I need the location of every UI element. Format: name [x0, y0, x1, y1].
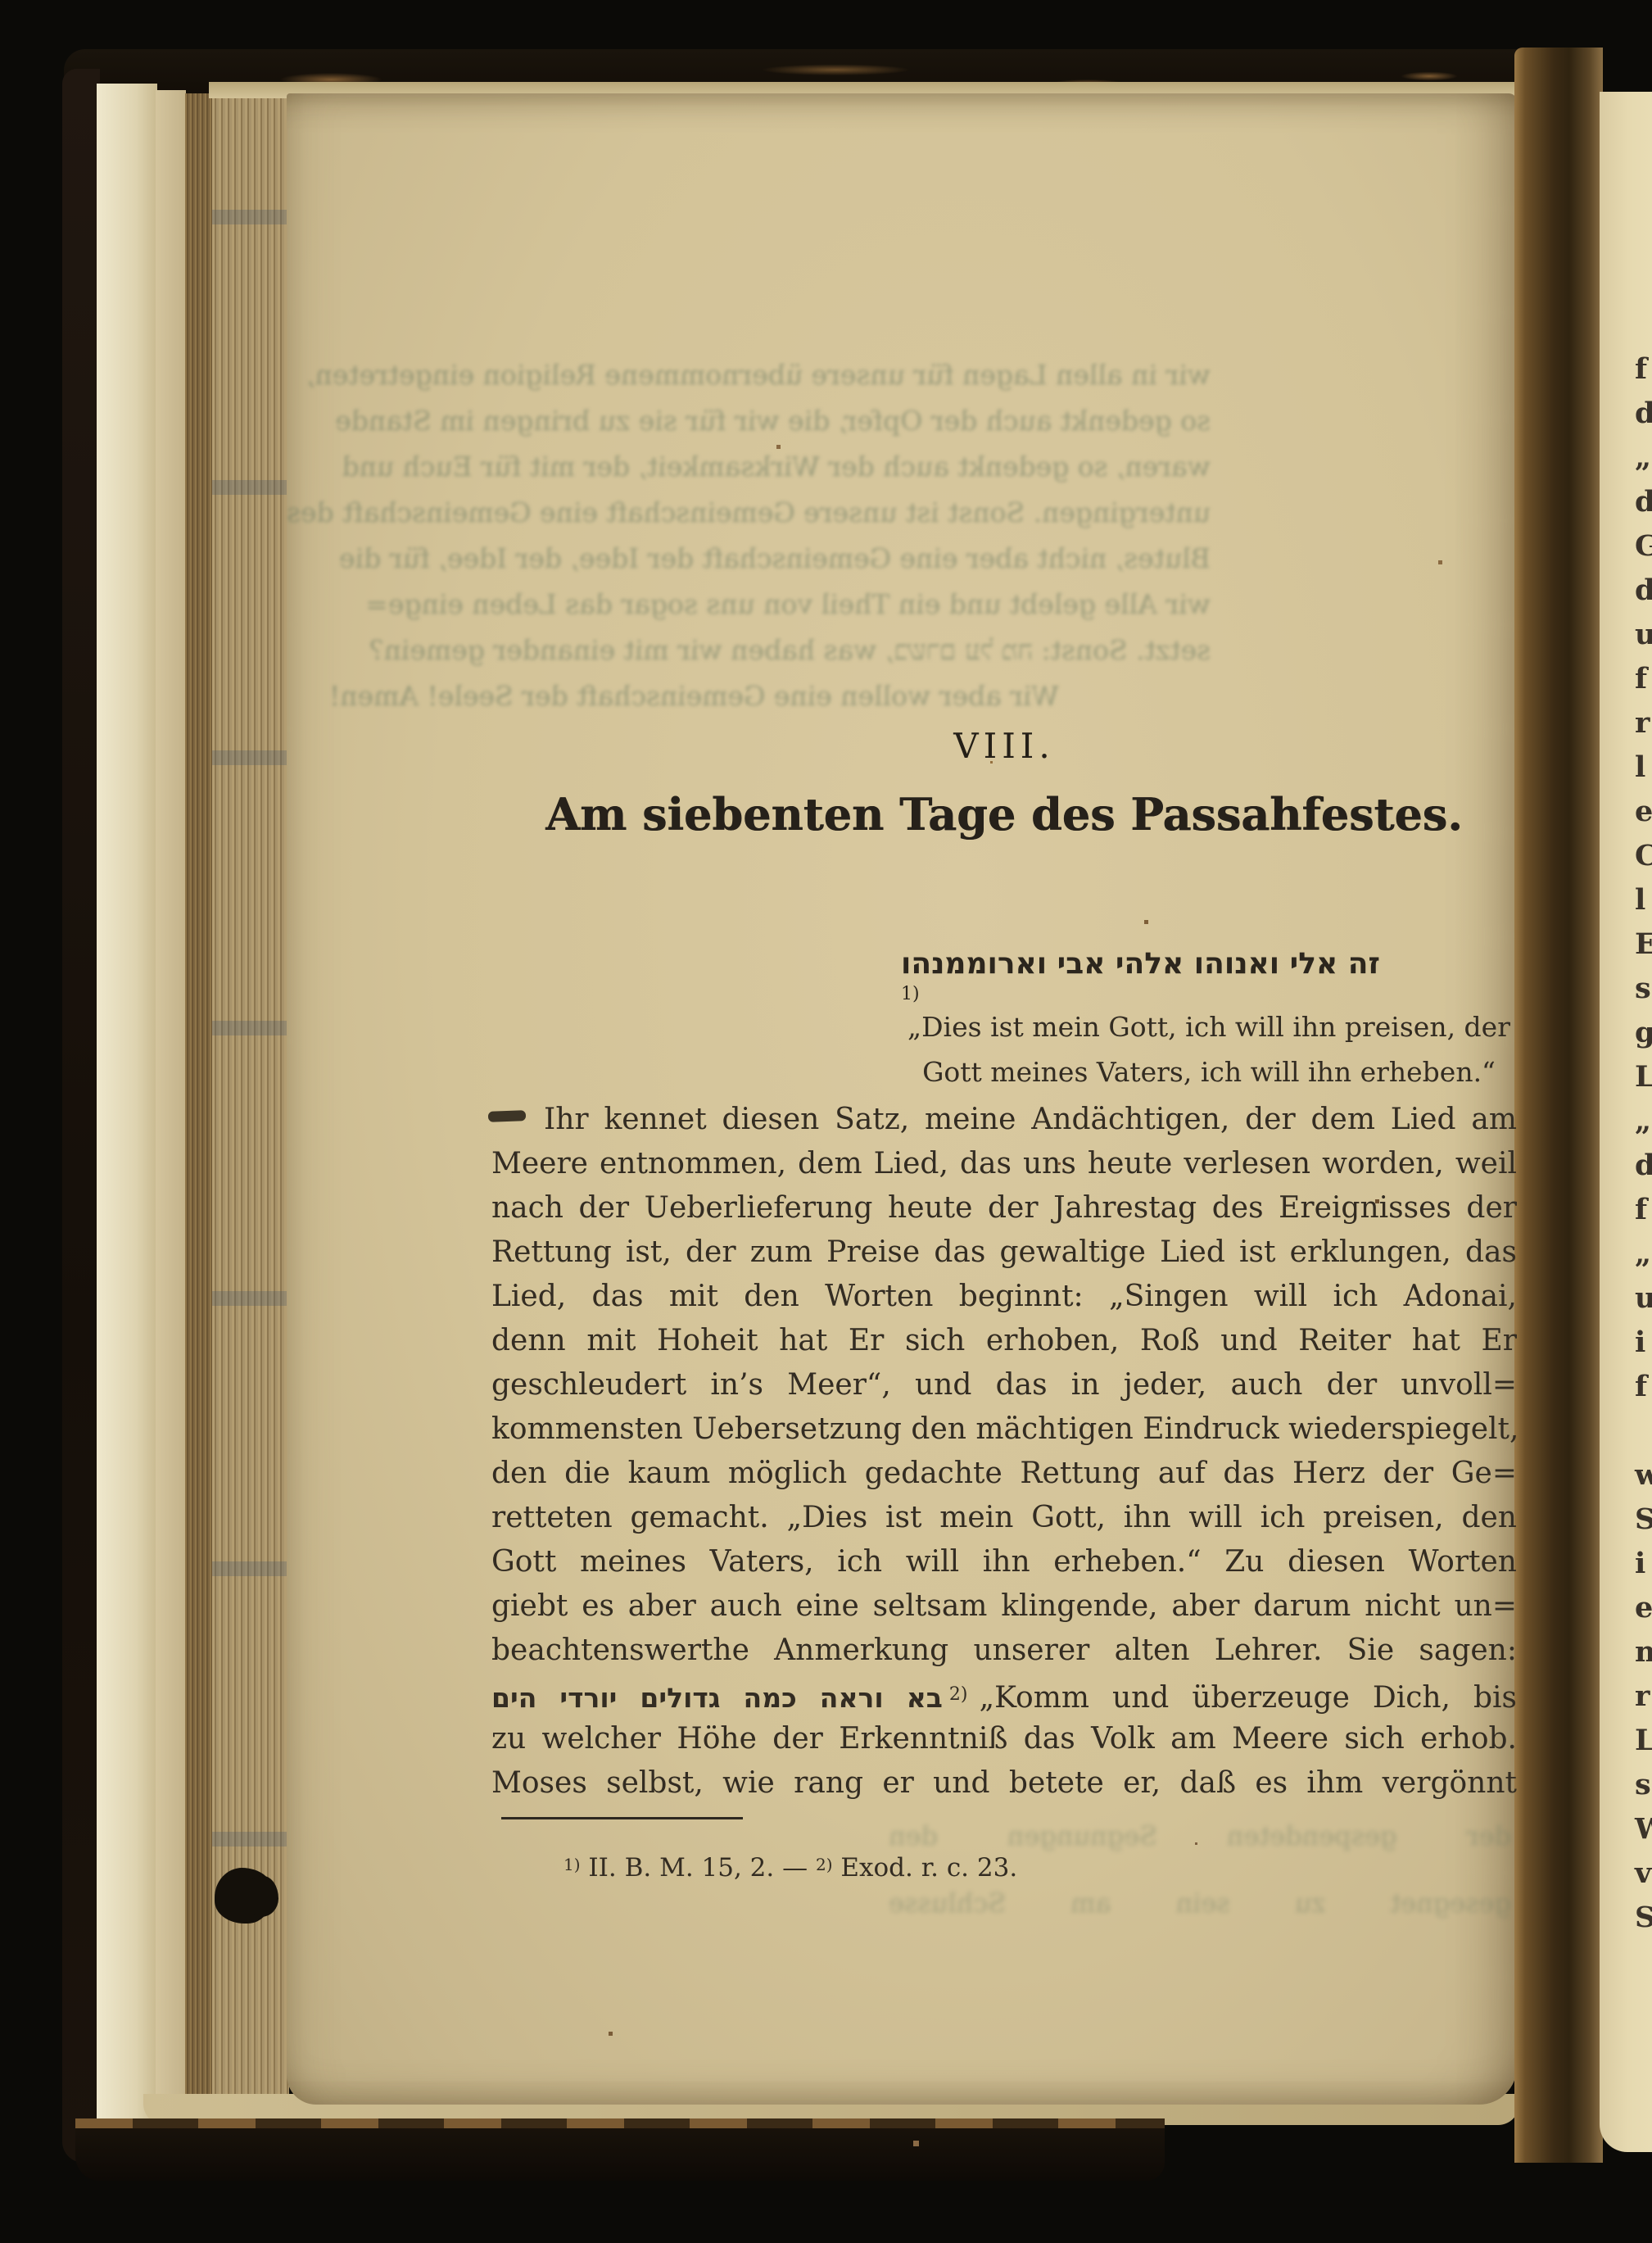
body-line-text: Lied, das mit den Worten beginnt: „Singe…	[491, 1280, 1517, 1313]
cut-letter: v	[1635, 1851, 1652, 1896]
cut-letter: E	[1635, 922, 1652, 967]
cut-letter: e	[1635, 1586, 1652, 1630]
body-line: retteten gemacht. „Dies ist mein Gott, i…	[491, 1496, 1517, 1540]
cut-letter: g	[1635, 1011, 1652, 1055]
body-line: beachtenswerthe Anmerkung unserer alten …	[491, 1629, 1517, 1673]
cut-letter: n	[1635, 1630, 1652, 1674]
body-line-text: den die kaum möglich gedachte Rettung au…	[491, 1457, 1517, 1490]
cut-letter: w	[1635, 1453, 1652, 1498]
paper-specks	[0, 0, 1, 1]
book-cover-bottom-edge	[75, 2118, 1165, 2181]
footnote-2-mark: 2)	[816, 1855, 833, 1874]
ghost-line: Wir aber wollen eine Gemeinschaft der Se…	[539, 673, 1059, 719]
footnote-2-ref: Exod. r. c. 23.	[840, 1853, 1017, 1883]
ghost-line: untergingen. Sonst ist unsere Gemeinscha…	[461, 490, 1211, 536]
body-line-text: nach der Ueberlieferung heute der Jahres…	[491, 1191, 1517, 1225]
book-cover-left-edge	[62, 69, 100, 2163]
ghost-line: setzt. Sonst: בשרם על מה, was haben wir …	[461, 628, 1211, 673]
body-line-text: kommensten Uebersetzung den mächtigen Ei…	[491, 1412, 1518, 1446]
cut-letter: G	[1635, 524, 1652, 569]
body-line-text: Gott meines Vaters, ich will ihn erheben…	[491, 1545, 1517, 1579]
body-line-text: beachtenswerthe Anmerkung unserer alten …	[491, 1634, 1517, 1667]
ink-blot	[215, 1868, 274, 1924]
cut-letter: f	[1635, 347, 1652, 392]
ghost-line: so gedenkt auch der Opfer, die wir für s…	[461, 398, 1211, 444]
footnote-mark-1: 1)	[901, 984, 920, 1004]
footnote: 1) II. B. M. 15, 2. — 2) Exod. r. c. 23.	[563, 1853, 1017, 1883]
cut-letter: L	[1635, 1719, 1652, 1763]
body-line: Rettung ist, der zum Preise das gewaltig…	[491, 1230, 1517, 1275]
ghost-line: waren, so gedenkt auch der Wirksamkeit, …	[461, 444, 1211, 490]
footnote-1-mark: 1)	[563, 1855, 581, 1874]
body-line-text: denn mit Hoheit hat Er sich erhoben, Roß…	[491, 1324, 1517, 1357]
epigraph-line: Gott meines Vaters, ich will ihn erheben…	[901, 1049, 1517, 1094]
body-line: kommensten Uebersetzung den mächtigen Ei…	[491, 1407, 1517, 1452]
body-line: Meere entnommen, dem Lied, das uns heute…	[491, 1142, 1517, 1186]
body-line-text: geschleudert in’s Meer“, und das in jede…	[491, 1368, 1517, 1402]
cut-letter: S	[1635, 1896, 1652, 1940]
chapter-number: VIII.	[491, 726, 1517, 766]
body-line-text: giebt es aber auch eine seltsam klingend…	[491, 1589, 1517, 1623]
body-line: zu welcher Höhe der Erkenntniß das Volk …	[491, 1717, 1517, 1761]
body-line-text: retteten gemacht. „Dies ist mein Gott, i…	[491, 1501, 1517, 1534]
body-line: Ihr kennet diesen Satz, meine Andächtige…	[491, 1098, 1517, 1142]
epigraph-translation: „Dies ist mein Gott, ich will ihn preise…	[901, 1004, 1517, 1094]
cut-letter: i	[1635, 1542, 1652, 1586]
body-line-text: zu welcher Höhe der Erkenntniß das Volk …	[491, 1722, 1517, 1756]
body-line: geschleudert in’s Meer“, und das in jede…	[491, 1363, 1517, 1407]
body-line: Gott meines Vaters, ich will ihn erheben…	[491, 1540, 1517, 1584]
body-line: denn mit Hoheit hat Er sich erhoben, Roß…	[491, 1319, 1517, 1363]
body-line-text: Rettung ist, der zum Preise das gewaltig…	[491, 1235, 1517, 1269]
cut-letter: l	[1635, 878, 1652, 922]
body-line: בא וראה כמה גדולים יורדי הים2)„Komm und …	[491, 1673, 1517, 1717]
hebrew-verse: זה אלי ואנוהו אלהי אבי וארוממנהו	[901, 947, 1380, 981]
cut-letter: r	[1635, 1674, 1652, 1719]
footnote-1-ref: II. B. M. 15, 2. —	[588, 1853, 808, 1883]
page-edge-streaks	[185, 93, 213, 2171]
body-line-text: Meere entnommen, dem Lied, das uns heute…	[491, 1147, 1517, 1180]
body-line-text: Moses selbst, wie rang er und betete er,…	[491, 1766, 1517, 1800]
ghost-line: wir in allen Lagen für unsere übernommen…	[461, 352, 1211, 398]
page-edge-stack	[212, 95, 289, 2171]
cut-letter: d	[1635, 480, 1652, 524]
body-line-text: Ihr kennet diesen Satz, meine Andächtige…	[544, 1103, 1517, 1136]
body-line: Lied, das mit den Worten beginnt: „Singe…	[491, 1275, 1517, 1319]
page-edge-strip	[156, 90, 186, 2171]
cut-letter: „	[1635, 436, 1652, 480]
cut-letter: C	[1635, 834, 1652, 878]
cut-letter: S	[1635, 1498, 1652, 1542]
cut-letter: r	[1635, 701, 1652, 745]
cut-letter: d	[1635, 392, 1652, 436]
cut-letter: d	[1635, 569, 1652, 613]
cut-letter: u	[1635, 1276, 1652, 1321]
footnote-rule	[501, 1817, 743, 1819]
body-line: den die kaum möglich gedachte Rettung au…	[491, 1452, 1517, 1496]
cut-letter: L	[1635, 1055, 1652, 1099]
cut-letter: f	[1635, 657, 1652, 701]
ghost-line: wir Alle gelebt und ein Theil von uns so…	[461, 582, 1211, 628]
cut-letter	[1635, 1409, 1652, 1453]
body-line: giebt es aber auch eine seltsam klingend…	[491, 1584, 1517, 1629]
body-line: Moses selbst, wie rang er und betete er,…	[491, 1761, 1517, 1806]
cut-letter: l	[1635, 745, 1652, 790]
body-paragraph: Ihr kennet diesen Satz, meine Andächtige…	[491, 1098, 1517, 1806]
cut-letter: „	[1635, 1232, 1652, 1276]
cut-letter: u	[1635, 613, 1652, 657]
endpaper-fore-edge	[97, 84, 157, 2171]
cut-letter: s	[1635, 1763, 1652, 1807]
cut-letter: e	[1635, 790, 1652, 834]
cut-letter: i	[1635, 1321, 1652, 1365]
gutter-shadow	[1514, 48, 1603, 2163]
epigraph-line: „Dies ist mein Gott, ich will ihn preise…	[901, 1004, 1517, 1049]
cut-letter: f	[1635, 1188, 1652, 1232]
body-line: nach der Ueberlieferung heute der Jahres…	[491, 1186, 1517, 1230]
body-line-text: „Komm und überzeuge Dich, bis	[979, 1681, 1517, 1715]
page-title: Am siebenten Tage des Passahfestes.	[491, 788, 1517, 841]
footnote-mark-2: 2)	[949, 1673, 968, 1717]
cut-letter: „	[1635, 1099, 1652, 1144]
cut-letter: s	[1635, 967, 1652, 1011]
ghost-line: Blutes, nicht aber eine Gemeinschaft der…	[461, 536, 1211, 582]
facing-page-cut-letters: fd„dGdufrleClEsgL„df„uif wSienrLsWvS	[1635, 347, 1652, 1940]
bleedthrough-text-block: wir in allen Lagen für unsere übernommen…	[461, 352, 1211, 719]
hebrew-quote: בא וראה כמה גדולים יורדי הים	[491, 1682, 943, 1714]
cut-letter: f	[1635, 1365, 1652, 1409]
book-scan: wir in allen Lagen für unsere übernommen…	[0, 0, 1652, 2243]
cut-letter: d	[1635, 1144, 1652, 1188]
cut-letter: W	[1635, 1807, 1652, 1851]
